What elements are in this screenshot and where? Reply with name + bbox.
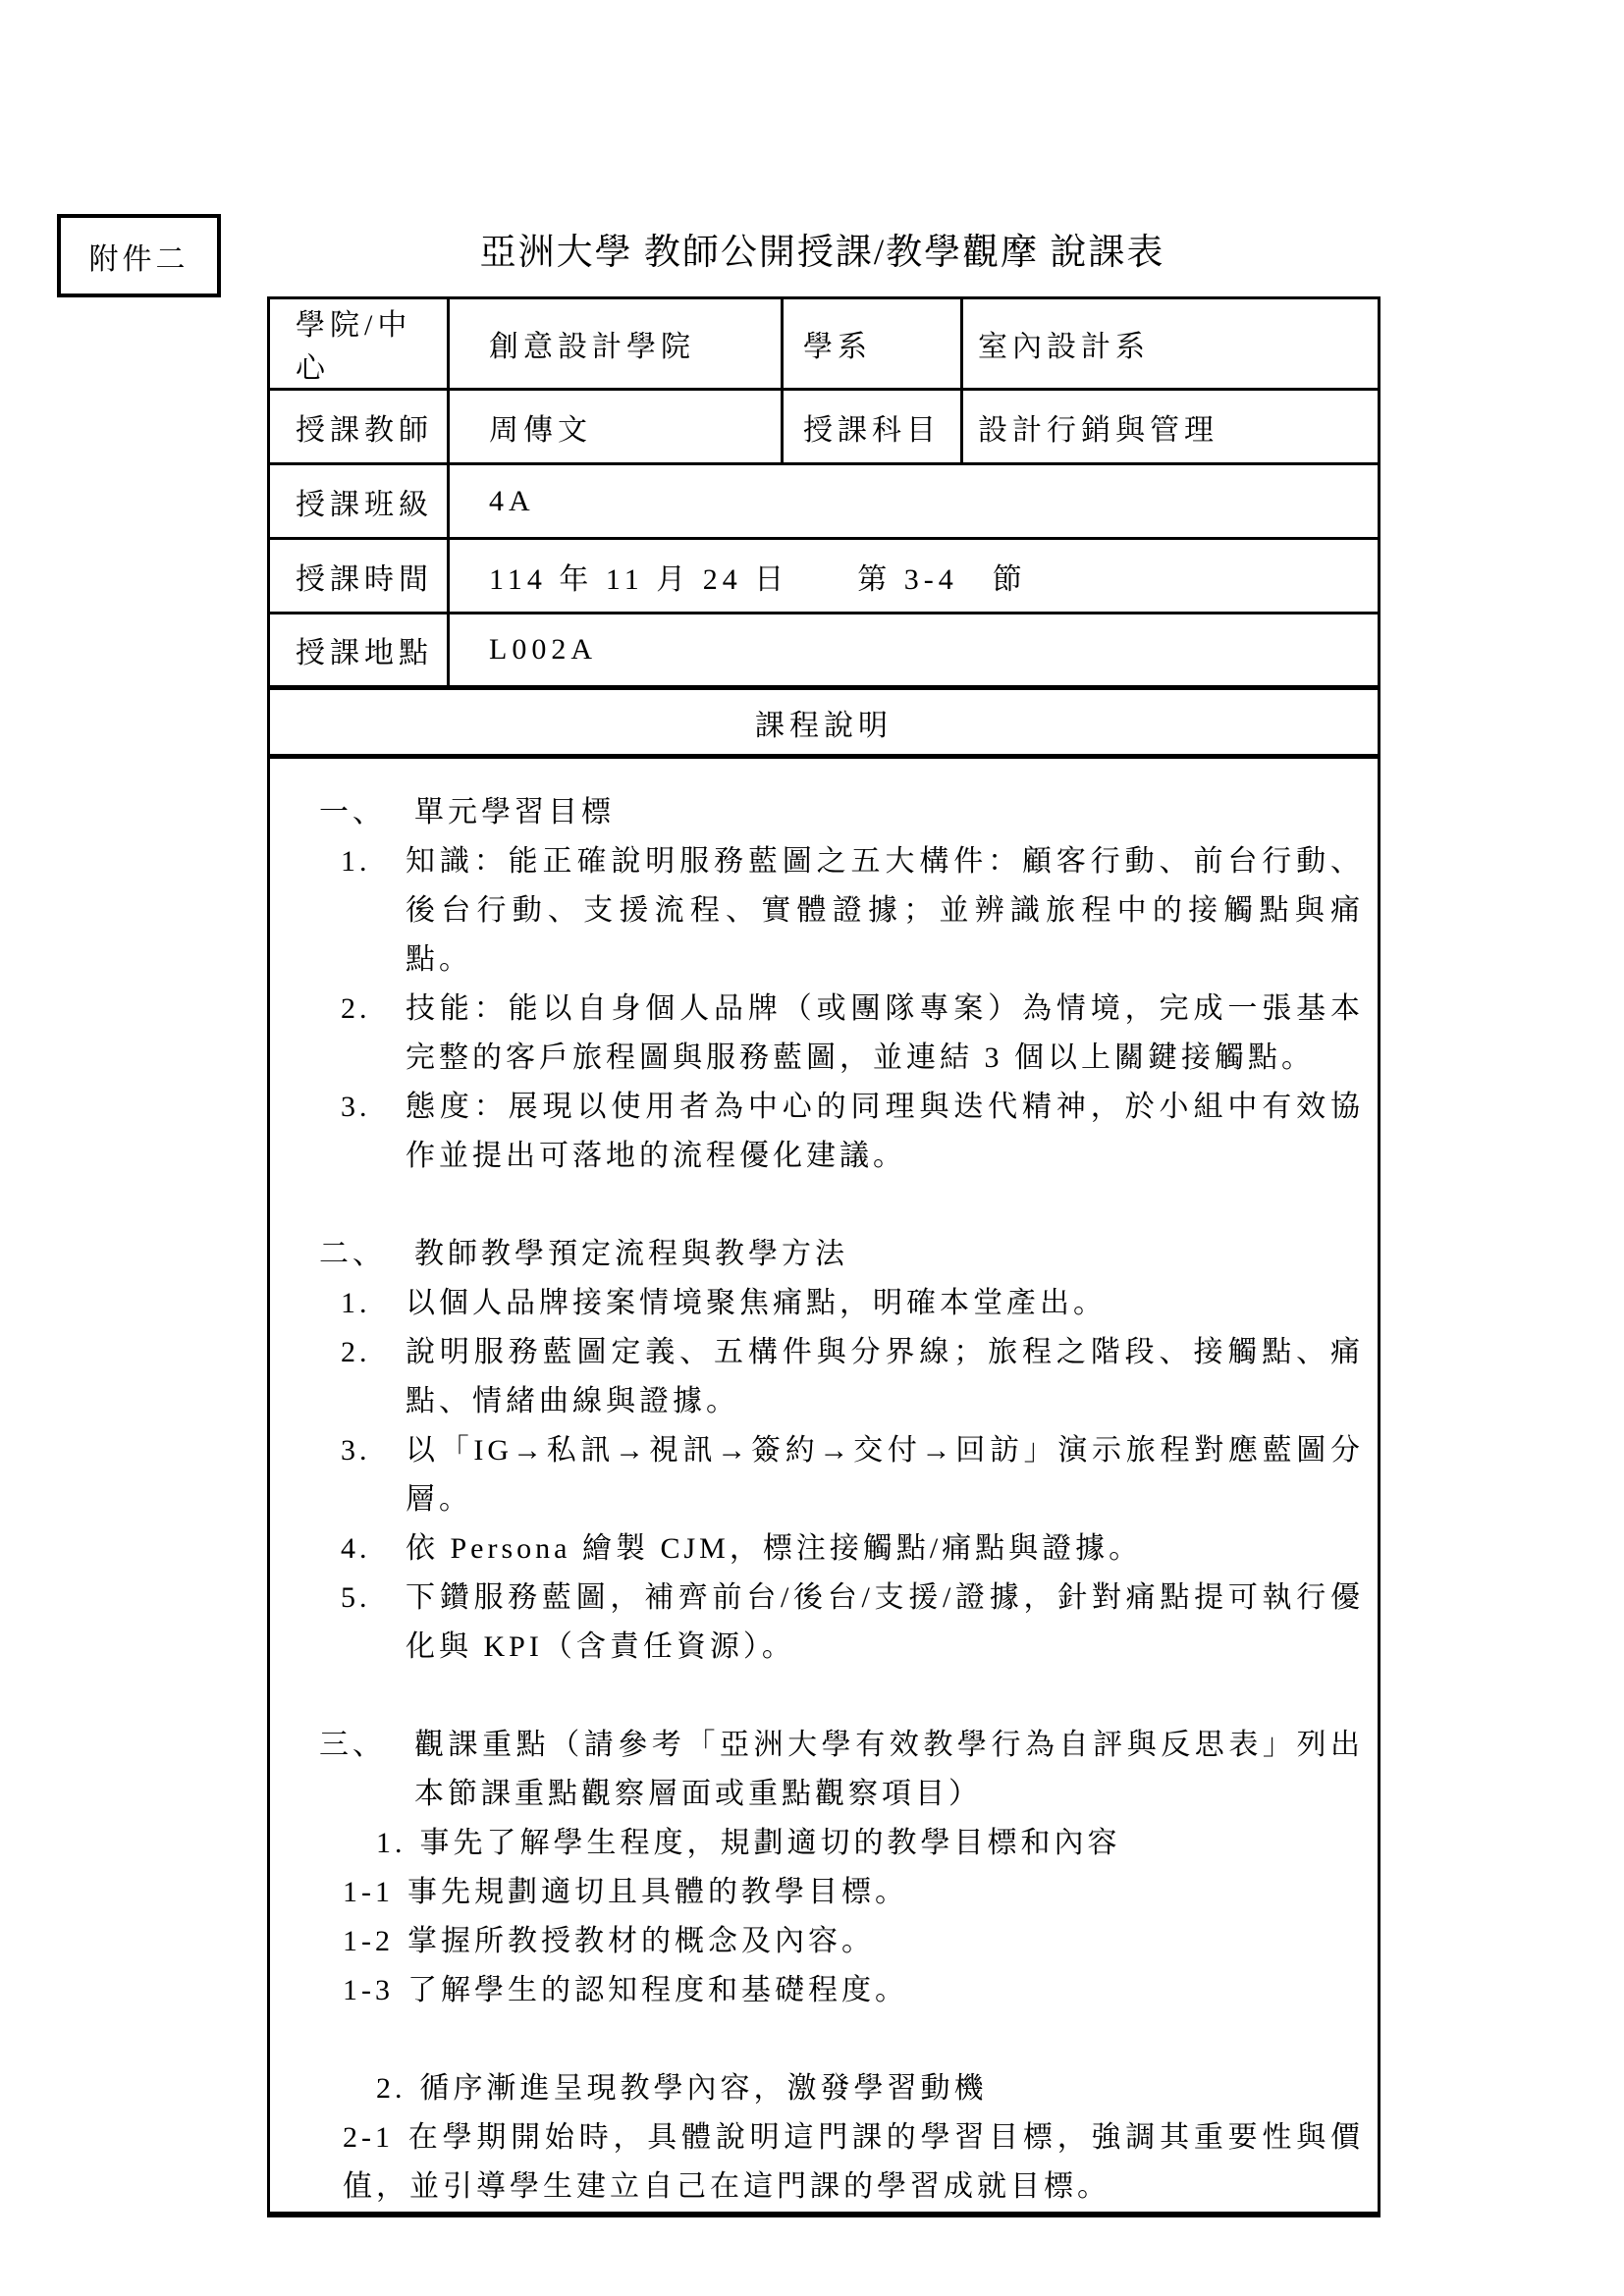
block-marker: 一、 — [319, 788, 414, 837]
description-block: 1.知識：能正確說明服務藍圖之五大構件：顧客行動、前台行動、後台行動、支援流程、… — [270, 837, 1364, 985]
course-description-body: 一、單元學習目標1.知識：能正確說明服務藍圖之五大構件：顧客行動、前台行動、後台… — [269, 757, 1380, 2216]
block-text: 掌握所教授教材的概念及內容。 — [407, 1925, 875, 1957]
block-text: 單元學習目標 — [414, 788, 1364, 837]
block-text: 事先了解學生程度，規劃適切的教學目標和內容 — [420, 1827, 1121, 1859]
block-marker: 1. — [376, 1827, 406, 1859]
class-value-cell: 4A — [449, 464, 1380, 539]
block-text: 觀課重點（請參考「亞洲大學有效教學行為自評與反思表」列出本節課重點觀察層面或重點… — [414, 1721, 1364, 1819]
table-row: 授課教師 周傳文 授課科目 設計行銷與管理 — [269, 390, 1380, 464]
class-label-cell: 授課班級 — [269, 464, 449, 539]
block-marker: 1-2 — [343, 1925, 394, 1957]
subject-value-cell: 設計行銷與管理 — [962, 390, 1380, 464]
college-label-cell: 學院/中心 — [269, 298, 449, 390]
block-marker: 2. — [341, 985, 406, 1083]
block-marker: 2. — [341, 1328, 406, 1426]
description-block: 5.下鑽服務藍圖，補齊前台/後台/支援/證據，針對痛點提可執行優化與 KPI（含… — [270, 1574, 1364, 1672]
block-text: 教師教學預定流程與教學方法 — [414, 1230, 1364, 1279]
description-block: 1.事先了解學生程度，規劃適切的教學目標和內容 — [270, 1819, 1364, 1868]
table-row: 一、單元學習目標1.知識：能正確說明服務藍圖之五大構件：顧客行動、前台行動、後台… — [269, 757, 1380, 2216]
block-marker: 3. — [341, 1083, 406, 1181]
block-text: 說明服務藍圖定義、五構件與分界線；旅程之階段、接觸點、痛點、情緒曲線與證據。 — [406, 1328, 1364, 1426]
description-block: 3.以「IG→私訊→視訊→簽約→交付→回訪」演示旅程對應藍圖分層。 — [270, 1426, 1364, 1524]
block-marker: 1. — [341, 1279, 406, 1328]
table-row: 授課時間 114 年 11 月 24 日 第 3-4 節 — [269, 539, 1380, 614]
blank-line — [270, 1181, 1364, 1230]
blank-line — [270, 2015, 1364, 2064]
block-marker: 1. — [341, 837, 406, 985]
block-marker: 三、 — [319, 1721, 414, 1819]
block-text: 態度：展現以使用者為中心的同理與迭代精神，於小組中有效協作並提出可落地的流程優化… — [406, 1083, 1364, 1181]
location-label-cell: 授課地點 — [269, 614, 449, 688]
course-description-header: 課程說明 — [269, 688, 1380, 757]
document-page: 附件二 亞洲大學 教師公開授課/教學觀摩 說課表 學院/中心 創意設計學院 學系… — [0, 0, 1624, 2296]
teacher-value-cell: 周傳文 — [449, 390, 783, 464]
description-block: 1-3了解學生的認知程度和基礎程度。 — [270, 1966, 1364, 2015]
block-marker: 5. — [341, 1574, 406, 1672]
description-block: 1-2掌握所教授教材的概念及內容。 — [270, 1917, 1364, 1966]
table-row: 授課地點 L002A — [269, 614, 1380, 688]
time-label-cell: 授課時間 — [269, 539, 449, 614]
time-value-cell: 114 年 11 月 24 日 第 3-4 節 — [449, 539, 1380, 614]
table-row: 課程說明 — [269, 688, 1380, 757]
block-text: 循序漸進呈現教學內容，激發學習動機 — [420, 2072, 988, 2105]
description-block: 1.以個人品牌接案情境聚焦痛點，明確本堂產出。 — [270, 1279, 1364, 1328]
course-info-table: 學院/中心 創意設計學院 學系 室內設計系 授課教師 周傳文 授課科目 設計行銷… — [267, 296, 1380, 2217]
block-text: 在學期開始時，具體說明這門課的學習目標，強調其重要性與價值，並引導學生建立自己在… — [343, 2121, 1364, 2203]
block-marker: 2-1 — [343, 2121, 394, 2154]
table-row: 學院/中心 創意設計學院 學系 室內設計系 — [269, 298, 1380, 390]
block-text: 依 Persona 繪製 CJM，標注接觸點/痛點與證據。 — [406, 1524, 1364, 1574]
attachment-label-box: 附件二 — [57, 214, 221, 297]
block-marker: 2. — [376, 2072, 406, 2105]
college-value-cell: 創意設計學院 — [449, 298, 783, 390]
description-block: 一、單元學習目標 — [270, 788, 1364, 837]
description-block: 1-1事先規劃適切且具體的教學目標。 — [270, 1868, 1364, 1917]
block-marker: 4. — [341, 1524, 406, 1574]
description-block: 3.態度：展現以使用者為中心的同理與迭代精神，於小組中有效協作並提出可落地的流程… — [270, 1083, 1364, 1181]
description-block: 4.依 Persona 繪製 CJM，標注接觸點/痛點與證據。 — [270, 1524, 1364, 1574]
block-marker: 3. — [341, 1426, 406, 1524]
page-title: 亞洲大學 教師公開授課/教學觀摩 說課表 — [267, 222, 1378, 275]
description-block: 2.說明服務藍圖定義、五構件與分界線；旅程之階段、接觸點、痛點、情緒曲線與證據。 — [270, 1328, 1364, 1426]
block-text: 技能：能以自身個人品牌（或團隊專案）為情境，完成一張基本完整的客戶旅程圖與服務藍… — [406, 985, 1364, 1083]
teacher-label-cell: 授課教師 — [269, 390, 449, 464]
block-text: 下鑽服務藍圖，補齊前台/後台/支援/證據，針對痛點提可執行優化與 KPI（含責任… — [406, 1574, 1364, 1672]
block-text: 以個人品牌接案情境聚焦痛點，明確本堂產出。 — [406, 1279, 1364, 1328]
subject-label-cell: 授課科目 — [783, 390, 962, 464]
location-value-cell: L002A — [449, 614, 1380, 688]
department-label-cell: 學系 — [783, 298, 962, 390]
block-text: 知識：能正確說明服務藍圖之五大構件：顧客行動、前台行動、後台行動、支援流程、實體… — [406, 837, 1364, 985]
description-block: 2.循序漸進呈現教學內容，激發學習動機 — [270, 2064, 1364, 2113]
block-text: 了解學生的認知程度和基礎程度。 — [407, 1974, 908, 2006]
department-value-cell: 室內設計系 — [962, 298, 1380, 390]
block-text: 以「IG→私訊→視訊→簽約→交付→回訪」演示旅程對應藍圖分層。 — [406, 1426, 1364, 1524]
blank-line — [270, 1672, 1364, 1721]
block-marker: 1-1 — [343, 1876, 394, 1908]
description-block: 三、觀課重點（請參考「亞洲大學有效教學行為自評與反思表」列出本節課重點觀察層面或… — [270, 1721, 1364, 1819]
description-block: 2-1在學期開始時，具體說明這門課的學習目標，強調其重要性與價值，並引導學生建立… — [270, 2113, 1364, 2212]
description-block: 二、教師教學預定流程與教學方法 — [270, 1230, 1364, 1279]
attachment-label: 附件二 — [89, 235, 189, 278]
table-row: 授課班級 4A — [269, 464, 1380, 539]
block-marker: 1-3 — [343, 1974, 394, 2006]
block-text: 事先規劃適切且具體的教學目標。 — [407, 1876, 908, 1908]
block-marker: 二、 — [319, 1230, 414, 1279]
description-block: 2.技能：能以自身個人品牌（或團隊專案）為情境，完成一張基本完整的客戶旅程圖與服… — [270, 985, 1364, 1083]
